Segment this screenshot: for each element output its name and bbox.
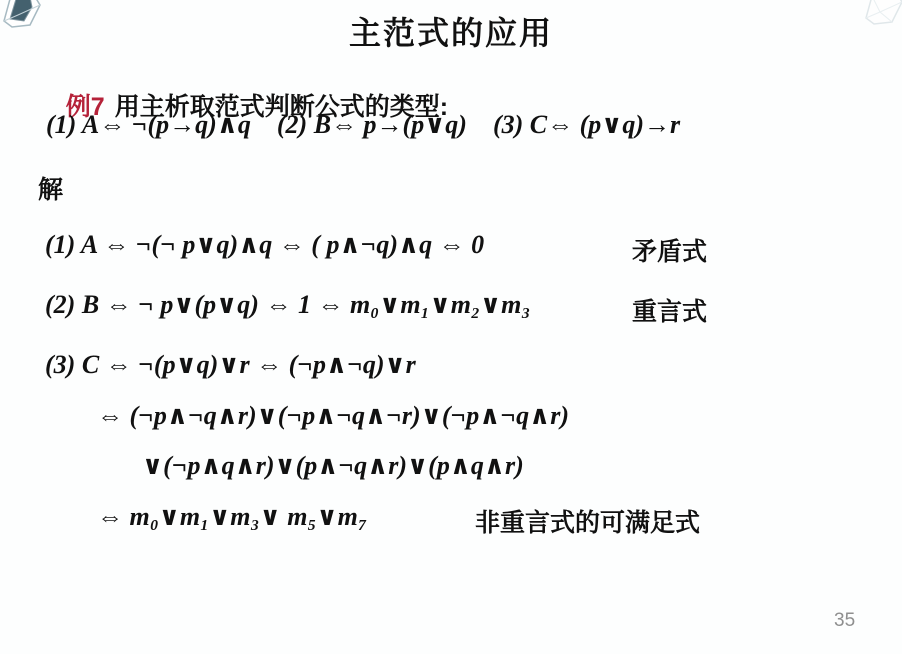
- solution-formula-4: ⇔ (¬p∧¬q∧r)∨(¬p∧¬q∧¬r)∨(¬p∧¬q∧r): [97, 401, 569, 431]
- solution-formula-6: ⇔ m₀∨m₁∨m₃∨ m₅∨m₇: [97, 502, 367, 532]
- solution-formula-1: (1) A ⇔ ¬(¬ p∨q)∧q ⇔ ( p∧¬q)∧q ⇔ 0: [45, 230, 484, 260]
- slide: 主范式的应用 例7用主析取范式判断公式的类型: (1) A⇔ ¬(p→q)∧q …: [0, 0, 902, 654]
- page-number: 35: [834, 610, 855, 632]
- solution-formula-2: (2) B ⇔ ¬ p∨(p∨q) ⇔ 1 ⇔ m₀∨m₁∨m₂∨m₃: [45, 290, 530, 320]
- problems-formula-line: (1) A⇔ ¬(p→q)∧q (2) B⇔ p→(p∨q) (3) C⇔ (p…: [46, 110, 680, 140]
- result-label-tautology: 重言式: [632, 292, 707, 328]
- solution-label: 解: [38, 170, 63, 206]
- result-label-satisfiable: 非重言式的可满足式: [475, 503, 700, 539]
- page-title: 主范式的应用: [0, 8, 902, 54]
- solution-formula-3: (3) C ⇔ ¬(p∨q)∨r ⇔ (¬p∧¬q)∨r: [45, 350, 416, 380]
- solution-formula-5: ∨(¬p∧q∧r)∨(p∧¬q∧r)∨(p∧q∧r): [142, 451, 524, 481]
- result-label-contradiction: 矛盾式: [632, 232, 707, 268]
